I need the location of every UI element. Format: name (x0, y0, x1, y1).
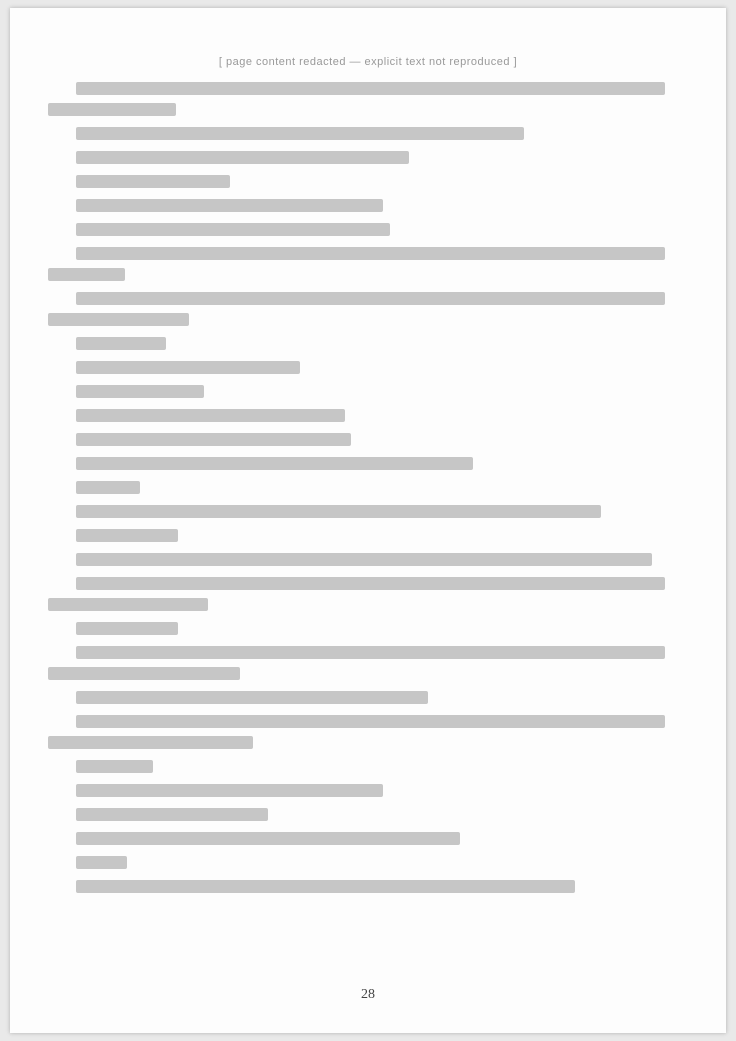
redacted-text-line (76, 784, 383, 797)
redacted-paragraph (48, 808, 688, 821)
redacted-text-line (76, 151, 409, 164)
redacted-text-line (48, 598, 208, 611)
redacted-paragraph (48, 646, 688, 680)
redacted-text-line (76, 433, 351, 446)
redacted-paragraph (48, 199, 688, 212)
redacted-paragraph (48, 856, 688, 869)
redacted-text-line (48, 313, 189, 326)
redacted-text-line (76, 457, 473, 470)
redacted-text-line (76, 577, 665, 590)
redacted-text-line (76, 127, 524, 140)
redacted-paragraph (48, 457, 688, 470)
redacted-paragraph (48, 529, 688, 542)
redacted-paragraph (48, 832, 688, 845)
redacted-text-line (76, 715, 665, 728)
redacted-text-line (76, 529, 178, 542)
redacted-text-line (76, 553, 652, 566)
redacted-text-line (76, 505, 601, 518)
redacted-text-line (76, 832, 460, 845)
redacted-paragraph (48, 127, 688, 140)
redacted-paragraph (48, 82, 688, 116)
redacted-paragraph (48, 760, 688, 773)
redacted-paragraph (48, 247, 688, 281)
redacted-text-line (76, 385, 204, 398)
redacted-text-line (76, 646, 665, 659)
redacted-text-line (76, 199, 383, 212)
redacted-text-line (76, 82, 665, 95)
redacted-paragraph (48, 784, 688, 797)
redacted-paragraph (48, 433, 688, 446)
redacted-paragraph (48, 175, 688, 188)
redacted-text-line (48, 667, 240, 680)
redacted-text-line (76, 175, 230, 188)
redacted-paragraph (48, 337, 688, 350)
redacted-text-line (76, 622, 178, 635)
redacted-text-line (76, 409, 345, 422)
redacted-paragraph (48, 292, 688, 326)
redacted-text-line (76, 361, 300, 374)
redacted-text-line (76, 880, 575, 893)
redacted-paragraph (48, 691, 688, 704)
redacted-text-line (76, 247, 665, 260)
redacted-text-line (76, 760, 153, 773)
document-page: [ page content redacted — explicit text … (10, 8, 726, 1033)
redacted-paragraph (48, 481, 688, 494)
redacted-paragraph (48, 622, 688, 635)
redacted-paragraph (48, 553, 688, 566)
redacted-paragraph (48, 505, 688, 518)
redacted-text-line (76, 481, 140, 494)
page-body (48, 82, 688, 979)
redacted-text-line (76, 808, 268, 821)
redaction-notice: [ page content redacted — explicit text … (48, 56, 688, 68)
redacted-text-line (48, 268, 125, 281)
redacted-paragraph (48, 409, 688, 422)
redacted-text-line (76, 337, 166, 350)
redacted-paragraph (48, 361, 688, 374)
redacted-paragraph (48, 223, 688, 236)
redacted-text-line (76, 292, 665, 305)
redacted-paragraph (48, 715, 688, 749)
redacted-text-line (76, 691, 428, 704)
redacted-paragraph (48, 880, 688, 893)
redacted-paragraph (48, 385, 688, 398)
redacted-text-line (48, 103, 176, 116)
redacted-text-line (48, 736, 253, 749)
redacted-text-line (76, 223, 390, 236)
redacted-paragraph (48, 577, 688, 611)
redacted-text-line (76, 856, 127, 869)
redacted-paragraph (48, 151, 688, 164)
page-number: 28 (48, 987, 688, 1003)
